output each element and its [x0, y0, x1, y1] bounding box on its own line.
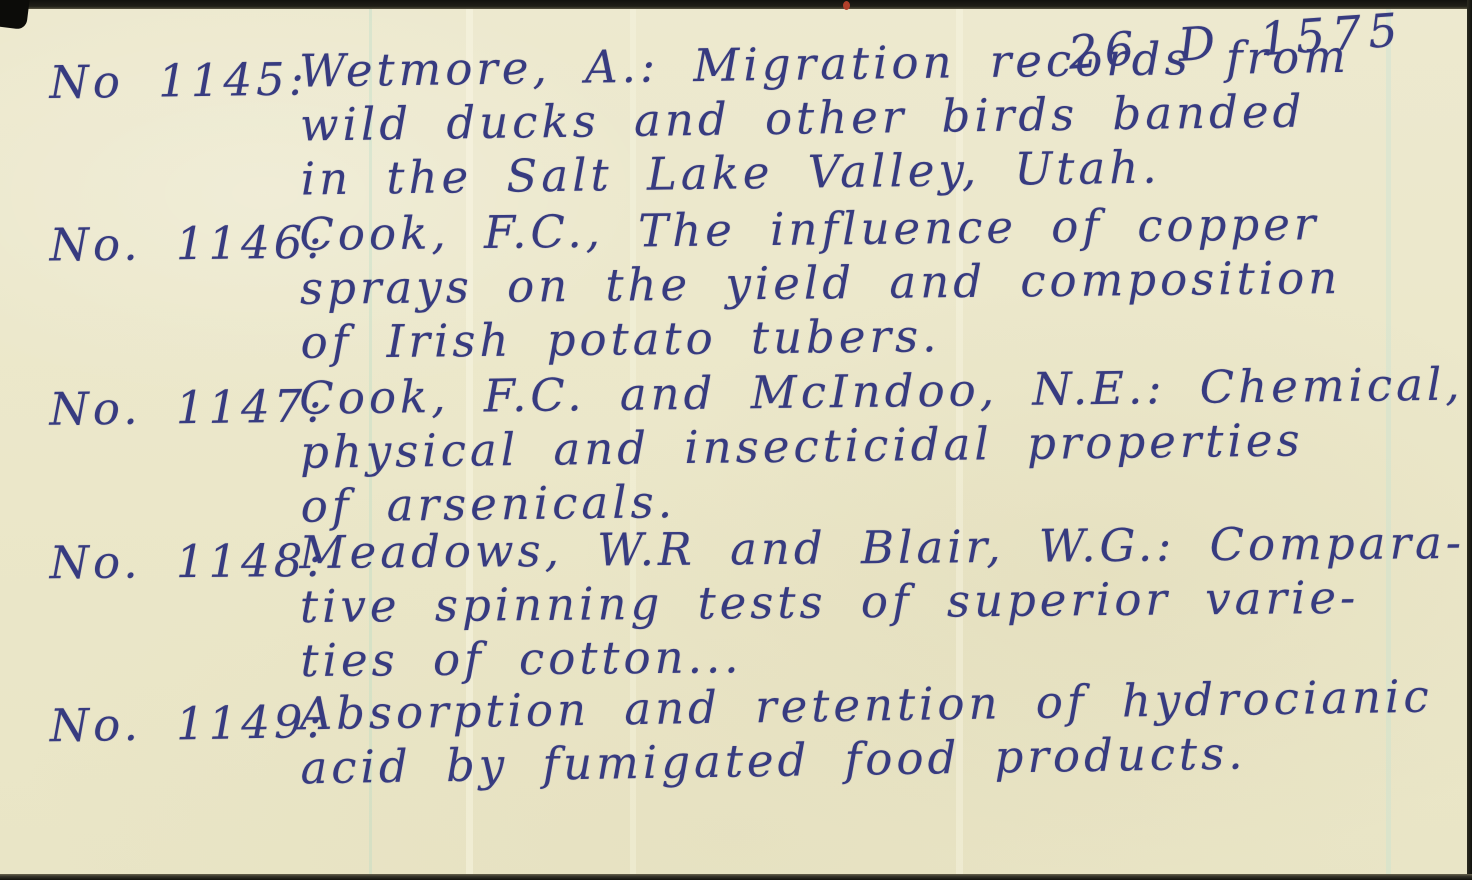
entry-text: Meadows, W.R and Blair, W.G.: Compara- t…	[299, 516, 1472, 688]
scanned-index-card: 26 D 1575 No 1145: Wetmore, A.: Migratio…	[0, 0, 1472, 880]
entry-number: No 1145:	[49, 52, 308, 109]
entry-1147: No. 1147: Cook, F.C. and McIndoo, N.E.: …	[49, 357, 1472, 537]
entry-number: No. 1146:	[49, 216, 326, 272]
entry-1145: No 1145: Wetmore, A.: Migration records …	[49, 28, 1472, 210]
scan-edge-top	[0, 0, 1472, 9]
entry-text: Absorption and retention of hydrocianic …	[299, 669, 1472, 796]
scan-edge-bottom	[0, 874, 1472, 880]
entry-number: No. 1147:	[49, 379, 326, 435]
entry-1149: No. 1149: Absorption and retention of hy…	[49, 669, 1472, 800]
entry-text: Cook, F.C., The influence of copper spra…	[299, 195, 1472, 369]
entry-text: Cook, F.C. and McIndoo, N.E.: Chemical, …	[299, 357, 1472, 534]
entry-text: Wetmore, A.: Migration records from wild…	[299, 28, 1472, 207]
entry-1148: No. 1148: Meadows, W.R and Blair, W.G.: …	[49, 516, 1472, 691]
red-speck	[843, 1, 850, 10]
entry-number: No. 1148:	[49, 534, 325, 589]
entry-line: tive spinning tests of superior varie-	[300, 570, 1472, 634]
entry-1146: No. 1146: Cook, F.C., The influence of c…	[49, 195, 1472, 372]
entry-number: No. 1149:	[49, 695, 326, 752]
